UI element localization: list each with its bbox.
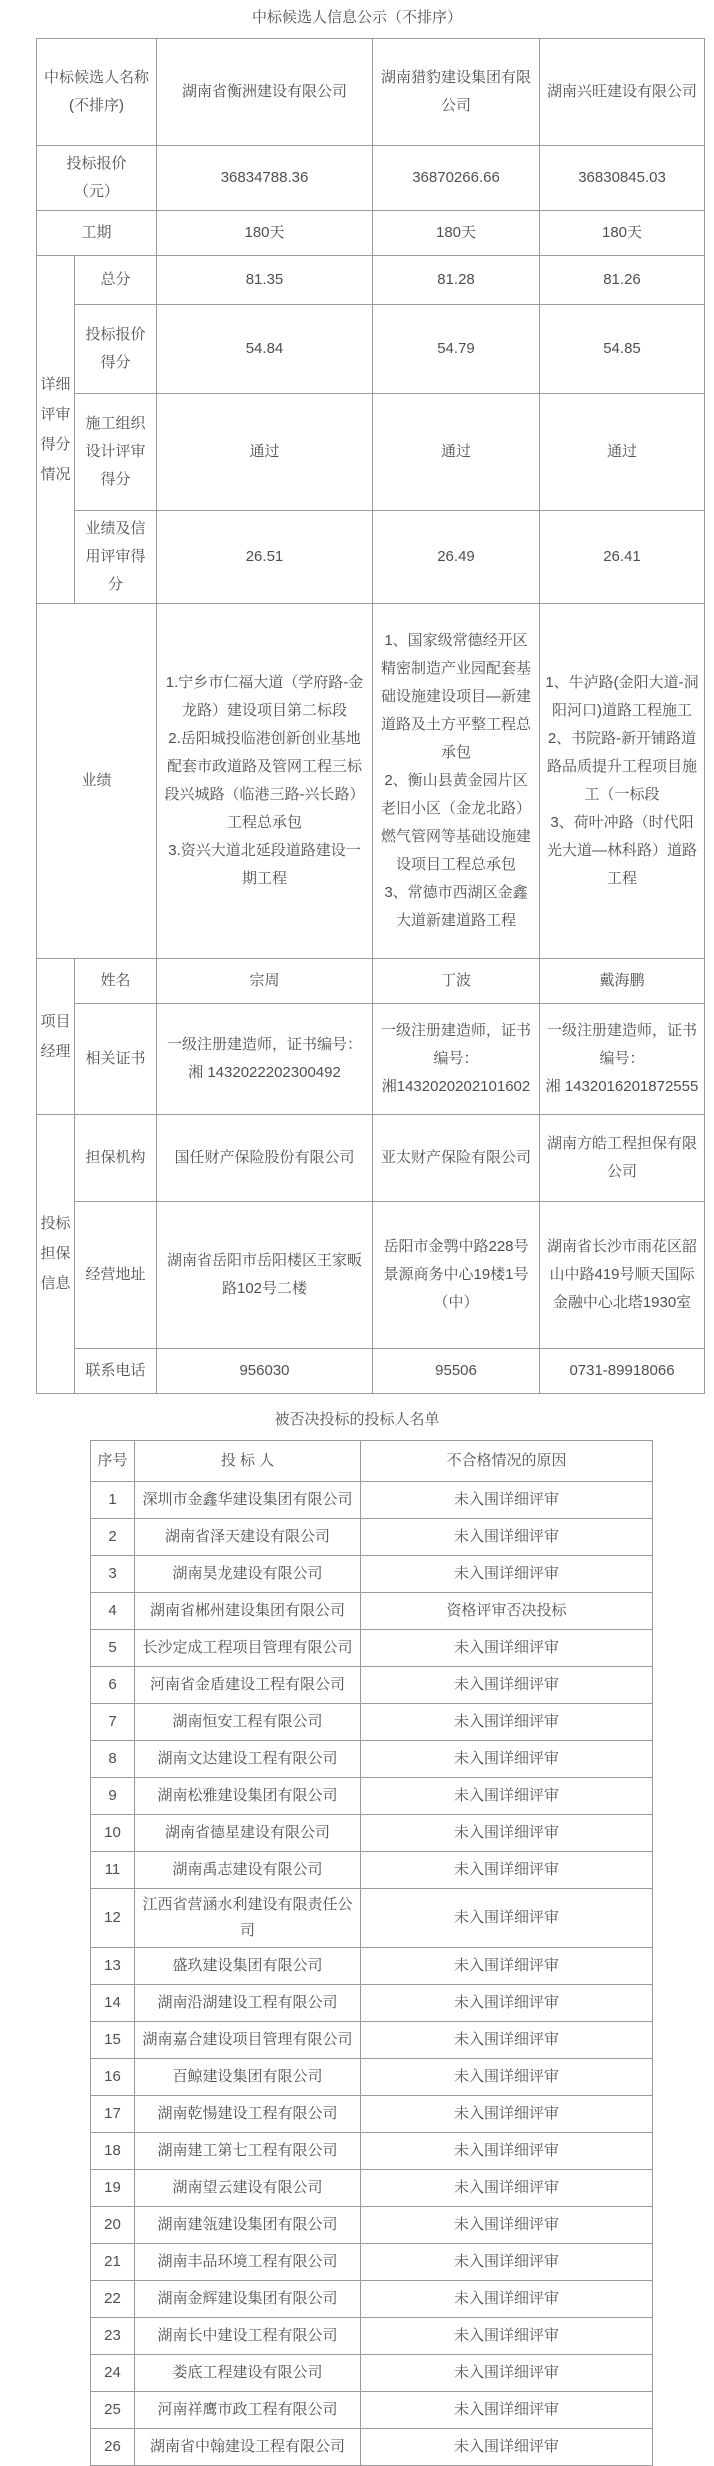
bidder-name: 盛玖建设集团有限公司 <box>135 1948 361 1985</box>
achievements-value: 1.宁乡市仁福大道（学府路-金龙路）建设项目第二标段 2.岳阳城投临港创新创业基… <box>157 604 373 959</box>
total-score-value: 81.26 <box>540 256 705 305</box>
row-number: 12 <box>91 1889 135 1948</box>
price-score-label: 投标报价得分 <box>75 305 157 394</box>
rejected-bidders-table: 序号 投 标 人 不合格情况的原因 1 深圳市金鑫华建设集团有限公司 未入围详细… <box>90 1440 653 2466</box>
table-row: 联系电话 956030 95506 0731-89918066 <box>37 1349 705 1394</box>
phone-value: 0731-89918066 <box>540 1349 705 1394</box>
manager-name-value: 宗周 <box>157 959 373 1004</box>
table-row: 工期 180天 180天 180天 <box>37 211 705 256</box>
achievements-value: 1、国家级常德经开区精密制造产业园配套基础设施建设项目—新建道路及土方平整工程总… <box>373 604 540 959</box>
table-row: 项目经理 姓名 宗周 丁波 戴海鹏 <box>37 959 705 1004</box>
row-number: 8 <box>91 1741 135 1778</box>
rejection-reason: 未入围详细评审 <box>361 2281 653 2318</box>
bidder-name: 湖南沿湖建设工程有限公司 <box>135 1985 361 2022</box>
price-score-value: 54.79 <box>373 305 540 394</box>
table-row: 11 湖南禹志建设有限公司 未入围详细评审 <box>91 1852 653 1889</box>
table-row: 24 娄底工程建设有限公司 未入围详细评审 <box>91 2355 653 2392</box>
table-row: 详细评审得分情况 总分 81.35 81.28 81.26 <box>37 256 705 305</box>
row-number: 1 <box>91 1482 135 1519</box>
credit-score-label: 业绩及信用评审得分 <box>75 511 157 604</box>
table-row: 10 湖南省德星建设有限公司 未入围详细评审 <box>91 1815 653 1852</box>
row-number: 21 <box>91 2244 135 2281</box>
bid-guarantee-group-label: 投标担保信息 <box>37 1115 75 1394</box>
candidate-table-title: 中标候选人信息公示（不排序） <box>0 0 714 38</box>
certificate-value: 一级注册建造师，证书编号： 湘 1432022202300492 <box>157 1004 373 1115</box>
bidder-name: 湖南乾愓建设工程有限公司 <box>135 2096 361 2133</box>
bidder-name: 江西省营涵水利建设有限责任公司 <box>135 1889 361 1948</box>
table-row: 中标候选人名称(不排序) 湖南省衡洲建设有限公司 湖南猎豹建设集团有限公司 湖南… <box>37 39 705 146</box>
rejected-table-body: 1 深圳市金鑫华建设集团有限公司 未入围详细评审 2 湖南省泽天建设有限公司 未… <box>91 1482 653 2466</box>
table-row: 21 湖南丰品环境工程有限公司 未入围详细评审 <box>91 2244 653 2281</box>
rejection-reason: 未入围详细评审 <box>361 1667 653 1704</box>
rejection-reason: 未入围详细评审 <box>361 1519 653 1556</box>
bidder-name: 湖南禹志建设有限公司 <box>135 1852 361 1889</box>
rejection-reason: 未入围详细评审 <box>361 1985 653 2022</box>
bidder-name: 河南祥鹰市政工程有限公司 <box>135 2392 361 2429</box>
bid-price-value: 36830845.03 <box>540 146 705 211</box>
table-row: 15 湖南嘉合建设项目管理有限公司 未入围详细评审 <box>91 2022 653 2059</box>
rejection-reason: 未入围详细评审 <box>361 2392 653 2429</box>
bidder-name: 湖南建工第七工程有限公司 <box>135 2133 361 2170</box>
candidate-company-name: 湖南省衡洲建设有限公司 <box>157 39 373 146</box>
table-header-row: 序号 投 标 人 不合格情况的原因 <box>91 1441 653 1482</box>
row-number: 14 <box>91 1985 135 2022</box>
address-value: 湖南省长沙市雨花区韶山中路419号顺天国际金融中心北塔1930室 <box>540 1202 705 1349</box>
row-number: 10 <box>91 1815 135 1852</box>
bidder-name: 湖南松雅建设集团有限公司 <box>135 1778 361 1815</box>
table-row: 相关证书 一级注册建造师，证书编号： 湘 1432022202300492 一级… <box>37 1004 705 1115</box>
table-row: 6 河南省金盾建设工程有限公司 未入围详细评审 <box>91 1667 653 1704</box>
credit-score-value: 26.49 <box>373 511 540 604</box>
manager-name-value: 戴海鹏 <box>540 959 705 1004</box>
row-number: 11 <box>91 1852 135 1889</box>
announcement-document: 中标候选人信息公示（不排序） 中标候选人名称(不排序) 湖南省衡洲建设有限公司 … <box>0 0 714 2466</box>
bidder-name: 娄底工程建设有限公司 <box>135 2355 361 2392</box>
row-number: 19 <box>91 2170 135 2207</box>
bidder-name: 百鲸建设集团有限公司 <box>135 2059 361 2096</box>
row-number: 3 <box>91 1556 135 1593</box>
row-number: 16 <box>91 2059 135 2096</box>
design-score-value: 通过 <box>540 394 705 511</box>
row-number: 25 <box>91 2392 135 2429</box>
rejection-reason: 未入围详细评审 <box>361 1815 653 1852</box>
address-value: 湖南省岳阳市岳阳楼区王家畈路102号二楼 <box>157 1202 373 1349</box>
row-number: 15 <box>91 2022 135 2059</box>
duration-value: 180天 <box>157 211 373 256</box>
table-row: 22 湖南金辉建设集团有限公司 未入围详细评审 <box>91 2281 653 2318</box>
duration-label: 工期 <box>37 211 157 256</box>
reason-header: 不合格情况的原因 <box>361 1441 653 1482</box>
rejection-reason: 未入围详细评审 <box>361 2429 653 2466</box>
bidder-name: 湖南省郴州建设集团有限公司 <box>135 1593 361 1630</box>
serial-number-header: 序号 <box>91 1441 135 1482</box>
manager-name-label: 姓名 <box>75 959 157 1004</box>
table-row: 投标担保信息 担保机构 国任财产保险股份有限公司 亚太财产保险有限公司 湖南方皓… <box>37 1115 705 1202</box>
achievements-label: 业绩 <box>37 604 157 959</box>
row-number: 5 <box>91 1630 135 1667</box>
guarantee-org-value: 国任财产保险股份有限公司 <box>157 1115 373 1202</box>
row-number: 22 <box>91 2281 135 2318</box>
row-number: 2 <box>91 1519 135 1556</box>
table-row: 8 湖南文达建设工程有限公司 未入围详细评审 <box>91 1741 653 1778</box>
rejected-table-title: 被否决投标的投标人名单 <box>0 1394 714 1440</box>
rejection-reason: 未入围详细评审 <box>361 1482 653 1519</box>
detail-score-group-label: 详细评审得分情况 <box>37 256 75 604</box>
row-number: 6 <box>91 1667 135 1704</box>
guarantee-org-label: 担保机构 <box>75 1115 157 1202</box>
row-number: 23 <box>91 2318 135 2355</box>
phone-value: 956030 <box>157 1349 373 1394</box>
bidder-name: 湖南嘉合建设项目管理有限公司 <box>135 2022 361 2059</box>
bidder-name: 湖南恒安工程有限公司 <box>135 1704 361 1741</box>
table-row: 25 河南祥鹰市政工程有限公司 未入围详细评审 <box>91 2392 653 2429</box>
design-score-label: 施工组织设计评审得分 <box>75 394 157 511</box>
table-row: 26 湖南省中翰建设工程有限公司 未入围详细评审 <box>91 2429 653 2466</box>
rejection-reason: 未入围详细评审 <box>361 2096 653 2133</box>
table-row: 2 湖南省泽天建设有限公司 未入围详细评审 <box>91 1519 653 1556</box>
candidate-name-label: 中标候选人名称(不排序) <box>37 39 157 146</box>
bidder-header: 投 标 人 <box>135 1441 361 1482</box>
achievements-value: 1、牛泸路(金阳大道-洞阳河口)道路工程施工 2、书院路-新开铺路道路品质提升工… <box>540 604 705 959</box>
total-score-value: 81.28 <box>373 256 540 305</box>
rejection-reason: 未入围详细评审 <box>361 1741 653 1778</box>
table-row: 14 湖南沿湖建设工程有限公司 未入围详细评审 <box>91 1985 653 2022</box>
bid-price-label: 投标报价 （元） <box>37 146 157 211</box>
price-score-value: 54.85 <box>540 305 705 394</box>
rejection-reason: 未入围详细评审 <box>361 2022 653 2059</box>
row-number: 9 <box>91 1778 135 1815</box>
bid-price-value: 36870266.66 <box>373 146 540 211</box>
bidder-name: 湖南建瓴建设集团有限公司 <box>135 2207 361 2244</box>
certificate-value: 一级注册建造师，证书编号： 湘1432020202101602 <box>373 1004 540 1115</box>
rejection-reason: 未入围详细评审 <box>361 2207 653 2244</box>
certificate-label: 相关证书 <box>75 1004 157 1115</box>
rejection-reason: 未入围详细评审 <box>361 1852 653 1889</box>
table-row: 5 长沙定成工程项目管理有限公司 未入围详细评审 <box>91 1630 653 1667</box>
bidder-name: 湖南省中翰建设工程有限公司 <box>135 2429 361 2466</box>
table-row: 投标报价 （元） 36834788.36 36870266.66 3683084… <box>37 146 705 211</box>
total-score-label: 总分 <box>75 256 157 305</box>
row-number: 18 <box>91 2133 135 2170</box>
row-number: 13 <box>91 1948 135 1985</box>
table-row: 20 湖南建瓴建设集团有限公司 未入围详细评审 <box>91 2207 653 2244</box>
table-row: 1 深圳市金鑫华建设集团有限公司 未入围详细评审 <box>91 1482 653 1519</box>
table-row: 业绩及信用评审得分 26.51 26.49 26.41 <box>37 511 705 604</box>
candidate-company-name: 湖南猎豹建设集团有限公司 <box>373 39 540 146</box>
row-number: 26 <box>91 2429 135 2466</box>
table-row: 19 湖南望云建设有限公司 未入围详细评审 <box>91 2170 653 2207</box>
table-row: 3 湖南昊龙建设有限公司 未入围详细评审 <box>91 1556 653 1593</box>
row-number: 20 <box>91 2207 135 2244</box>
bidder-name: 湖南丰品环境工程有限公司 <box>135 2244 361 2281</box>
table-row: 17 湖南乾愓建设工程有限公司 未入围详细评审 <box>91 2096 653 2133</box>
rejection-reason: 未入围详细评审 <box>361 2244 653 2281</box>
table-row: 施工组织设计评审得分 通过 通过 通过 <box>37 394 705 511</box>
address-value: 岳阳市金鹗中路228号景源商务中心19楼1号（中） <box>373 1202 540 1349</box>
table-row: 13 盛玖建设集团有限公司 未入围详细评审 <box>91 1948 653 1985</box>
phone-value: 95506 <box>373 1349 540 1394</box>
rejection-reason: 未入围详细评审 <box>361 1556 653 1593</box>
bidder-name: 河南省金盾建设工程有限公司 <box>135 1667 361 1704</box>
rejection-reason: 未入围详细评审 <box>361 1704 653 1741</box>
project-manager-group-label: 项目经理 <box>37 959 75 1115</box>
bidder-name: 湖南长中建设工程有限公司 <box>135 2318 361 2355</box>
design-score-value: 通过 <box>373 394 540 511</box>
bidder-name: 深圳市金鑫华建设集团有限公司 <box>135 1482 361 1519</box>
table-row: 经营地址 湖南省岳阳市岳阳楼区王家畈路102号二楼 岳阳市金鹗中路228号景源商… <box>37 1202 705 1349</box>
candidate-company-name: 湖南兴旺建设有限公司 <box>540 39 705 146</box>
table-row: 12 江西省营涵水利建设有限责任公司 未入围详细评审 <box>91 1889 653 1948</box>
table-row: 9 湖南松雅建设集团有限公司 未入围详细评审 <box>91 1778 653 1815</box>
row-number: 17 <box>91 2096 135 2133</box>
bidder-name: 湖南望云建设有限公司 <box>135 2170 361 2207</box>
table-row: 投标报价得分 54.84 54.79 54.85 <box>37 305 705 394</box>
row-number: 24 <box>91 2355 135 2392</box>
bidder-name: 湖南省德星建设有限公司 <box>135 1815 361 1852</box>
row-number: 4 <box>91 1593 135 1630</box>
table-row: 18 湖南建工第七工程有限公司 未入围详细评审 <box>91 2133 653 2170</box>
credit-score-value: 26.41 <box>540 511 705 604</box>
address-label: 经营地址 <box>75 1202 157 1349</box>
bid-price-value: 36834788.36 <box>157 146 373 211</box>
bidder-name: 长沙定成工程项目管理有限公司 <box>135 1630 361 1667</box>
rejection-reason: 未入围详细评审 <box>361 2059 653 2096</box>
table-row: 4 湖南省郴州建设集团有限公司 资格评审否决投标 <box>91 1593 653 1630</box>
rejection-reason: 未入围详细评审 <box>361 2133 653 2170</box>
rejection-reason: 未入围详细评审 <box>361 2170 653 2207</box>
total-score-value: 81.35 <box>157 256 373 305</box>
bidder-name: 湖南文达建设工程有限公司 <box>135 1741 361 1778</box>
guarantee-org-value: 湖南方皓工程担保有限公司 <box>540 1115 705 1202</box>
price-score-value: 54.84 <box>157 305 373 394</box>
duration-value: 180天 <box>540 211 705 256</box>
table-row: 23 湖南长中建设工程有限公司 未入围详细评审 <box>91 2318 653 2355</box>
table-row: 16 百鲸建设集团有限公司 未入围详细评审 <box>91 2059 653 2096</box>
manager-name-value: 丁波 <box>373 959 540 1004</box>
table-row: 7 湖南恒安工程有限公司 未入围详细评审 <box>91 1704 653 1741</box>
bidder-name: 湖南省泽天建设有限公司 <box>135 1519 361 1556</box>
row-number: 7 <box>91 1704 135 1741</box>
rejection-reason: 未入围详细评审 <box>361 1948 653 1985</box>
duration-value: 180天 <box>373 211 540 256</box>
candidate-info-table: 中标候选人名称(不排序) 湖南省衡洲建设有限公司 湖南猎豹建设集团有限公司 湖南… <box>36 38 705 1394</box>
design-score-value: 通过 <box>157 394 373 511</box>
table-row: 业绩 1.宁乡市仁福大道（学府路-金龙路）建设项目第二标段 2.岳阳城投临港创新… <box>37 604 705 959</box>
rejection-reason: 未入围详细评审 <box>361 1889 653 1948</box>
rejection-reason: 未入围详细评审 <box>361 2318 653 2355</box>
rejection-reason: 未入围详细评审 <box>361 1778 653 1815</box>
rejection-reason: 未入围详细评审 <box>361 2355 653 2392</box>
certificate-value: 一级注册建造师，证书编号： 湘 1432016201872555 <box>540 1004 705 1115</box>
rejection-reason: 资格评审否决投标 <box>361 1593 653 1630</box>
bidder-name: 湖南昊龙建设有限公司 <box>135 1556 361 1593</box>
rejection-reason: 未入围详细评审 <box>361 1630 653 1667</box>
credit-score-value: 26.51 <box>157 511 373 604</box>
guarantee-org-value: 亚太财产保险有限公司 <box>373 1115 540 1202</box>
bidder-name: 湖南金辉建设集团有限公司 <box>135 2281 361 2318</box>
phone-label: 联系电话 <box>75 1349 157 1394</box>
